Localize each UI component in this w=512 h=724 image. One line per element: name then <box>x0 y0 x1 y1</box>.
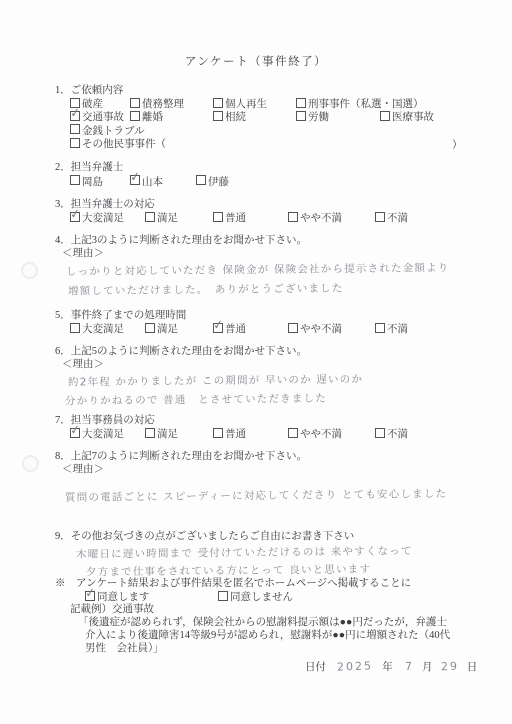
q9-heading: 9．その他お気づきの点がございましたらご自由にお書き下さい <box>55 530 354 543</box>
q2-heading: 2．担当弁護士 <box>55 161 123 174</box>
checkbox-q3-fuman <box>375 212 385 222</box>
q8-heading: 8．上記7のように判断された理由をお聞かせ下さい。 <box>55 450 307 463</box>
checkbox-q5-manzoku <box>145 323 155 333</box>
checkbox-iryo-jiko <box>380 111 390 121</box>
checkbox-q7-manzoku <box>145 428 155 438</box>
q8-reason-label: ＜理由＞ <box>62 463 104 476</box>
checkbox-label: 不満 <box>387 429 408 440</box>
checkbox-saimu-seiri <box>130 98 140 108</box>
date-prefix: 日付 <box>305 662 326 673</box>
q9-handwritten-answer-line1: 木曜日に遅い時間まで 受付けていただけるのは 来やすくなって <box>76 543 413 562</box>
checkbox-okajima <box>70 175 80 185</box>
checkbox-kotsu-jiko <box>70 111 80 121</box>
checkbox-label: 相続 <box>225 112 246 123</box>
q6-handwritten-answer-line2: 分かりかねるので 普通 とさせていただきました <box>65 391 327 409</box>
date-day-handwritten: 29 <box>441 660 459 674</box>
q4-heading: 4．上記3のように判断された理由をお聞かせ下さい。 <box>55 234 307 247</box>
checkbox-label: 同意しません <box>230 592 293 603</box>
checkbox-kinsen-trouble <box>70 124 80 134</box>
date-month-handwritten: 7 <box>405 660 414 673</box>
consent-heading: ※ アンケート結果および事件結果を匿名でホームページへ掲載することに <box>55 577 411 590</box>
q6-reason-label: ＜理由＞ <box>62 358 104 371</box>
date-day-suffix: 日 <box>467 662 478 673</box>
checkbox-label: 大変満足 <box>82 324 124 335</box>
checkbox-q3-taihen-manzoku <box>70 212 80 222</box>
close-paren: ） <box>452 137 463 152</box>
checkbox-q5-futsu <box>213 323 223 333</box>
checkbox-q7-yaya-fuman <box>288 428 298 438</box>
checkbox-agree <box>85 591 95 601</box>
checkbox-label: 大変満足 <box>82 213 124 224</box>
q4-handwritten-answer-line2: 増額していただけました。 ありがとうございました <box>68 281 344 299</box>
checkbox-label: 労働 <box>308 112 329 123</box>
checkbox-q5-fuman <box>375 323 385 333</box>
checkbox-label: 普通 <box>225 324 246 335</box>
date-line: 日付 2025 年 7 月 29 日 <box>305 660 477 674</box>
checkbox-yamamoto <box>130 175 140 185</box>
checkbox-label: 満足 <box>157 213 178 224</box>
checkbox-rikon <box>130 111 140 121</box>
checkbox-label: 大変満足 <box>82 429 124 440</box>
checkbox-label: 同意します <box>97 592 150 603</box>
checkbox-label: 不満 <box>387 324 408 335</box>
checkbox-label: 山本 <box>142 177 163 188</box>
checkbox-q7-fuman <box>375 428 385 438</box>
q8-handwritten-answer: 質問の電話ごとに スピーディーに対応してくださり とても安心しました <box>65 486 447 505</box>
checkbox-label: その他民事事件（ <box>82 139 166 150</box>
checkbox-label: 離婚 <box>142 112 163 123</box>
checkbox-label: 刑事事件（私選・国選） <box>308 99 424 110</box>
checkbox-label: 個人再生 <box>225 99 267 110</box>
checkbox-label: 交通事故 <box>82 112 124 123</box>
example-line3: 男性 会社員）」 <box>85 642 164 655</box>
checkbox-sozoku <box>213 111 223 121</box>
checkbox-label: 伊藤 <box>208 177 229 188</box>
checkbox-label: 普通 <box>225 429 246 440</box>
checkbox-label: 医療事故 <box>392 112 434 123</box>
q4-handwritten-answer-line1: しっかりと対応していただき 保険金が 保険会社から提示された金額より <box>66 260 450 279</box>
checkbox-disagree <box>218 591 228 601</box>
example-label: 記載例）交通事故 <box>70 603 154 616</box>
q1-heading: 1．ご依頼内容 <box>55 84 123 97</box>
q4-reason-label: ＜理由＞ <box>62 247 104 260</box>
checkbox-label: 不満 <box>387 213 408 224</box>
checkbox-rodo <box>296 111 306 121</box>
example-line1: 「後遺症が認められず，保険会社からの慰謝料提示額は●●円だったが，弁護士 <box>78 616 447 629</box>
checkbox-label: 満足 <box>157 429 178 440</box>
checkbox-label: 満足 <box>157 324 178 335</box>
checkbox-q5-taihen-manzoku <box>70 323 80 333</box>
checkbox-label: やや不満 <box>300 429 342 440</box>
checkbox-label: 破産 <box>82 99 103 110</box>
checkbox-q7-futsu <box>213 428 223 438</box>
punch-hole-bottom <box>22 455 39 472</box>
checkbox-q3-yaya-fuman <box>288 212 298 222</box>
date-month-suffix: 月 <box>422 662 433 673</box>
checkbox-label: 岡島 <box>82 177 103 188</box>
date-year-handwritten: 2025 <box>336 659 372 673</box>
checkbox-label: 金銭トラブル <box>82 126 145 137</box>
punch-hole-top <box>21 262 38 279</box>
checkbox-sonota-minji <box>70 138 80 148</box>
example-line2: 介入により後遺障害14等級9号が認められ，慰謝料が●●円に増額された（40代 <box>85 629 450 642</box>
page-title: アンケート（事件終了） <box>0 53 512 69</box>
q6-handwritten-answer-line1: 約2年程 かかりましたが この期間が 早いのか 遅いのか <box>68 371 363 389</box>
q6-heading: 6．上記5のように判断された理由をお聞かせ下さい。 <box>55 345 307 358</box>
q5-heading: 5．事件終了までの処理時間 <box>55 309 186 322</box>
checkbox-keiji-jiken <box>296 98 306 108</box>
checkbox-q7-taihen-manzoku <box>70 428 80 438</box>
checkbox-ito <box>196 175 206 185</box>
checkbox-label: やや不満 <box>300 324 342 335</box>
date-year-suffix: 年 <box>382 662 393 673</box>
checkbox-q3-futsu <box>213 212 223 222</box>
checkbox-label: 普通 <box>225 213 246 224</box>
checkbox-label: 債務整理 <box>142 99 184 110</box>
checkbox-q5-yaya-fuman <box>288 323 298 333</box>
survey-document: アンケート（事件終了） 1．ご依頼内容 破産 債務整理 個人再生 刑事事件（私選… <box>0 0 512 724</box>
checkbox-kojin-saisei <box>213 98 223 108</box>
checkbox-label: やや不満 <box>300 213 342 224</box>
checkbox-q3-manzoku <box>145 212 155 222</box>
